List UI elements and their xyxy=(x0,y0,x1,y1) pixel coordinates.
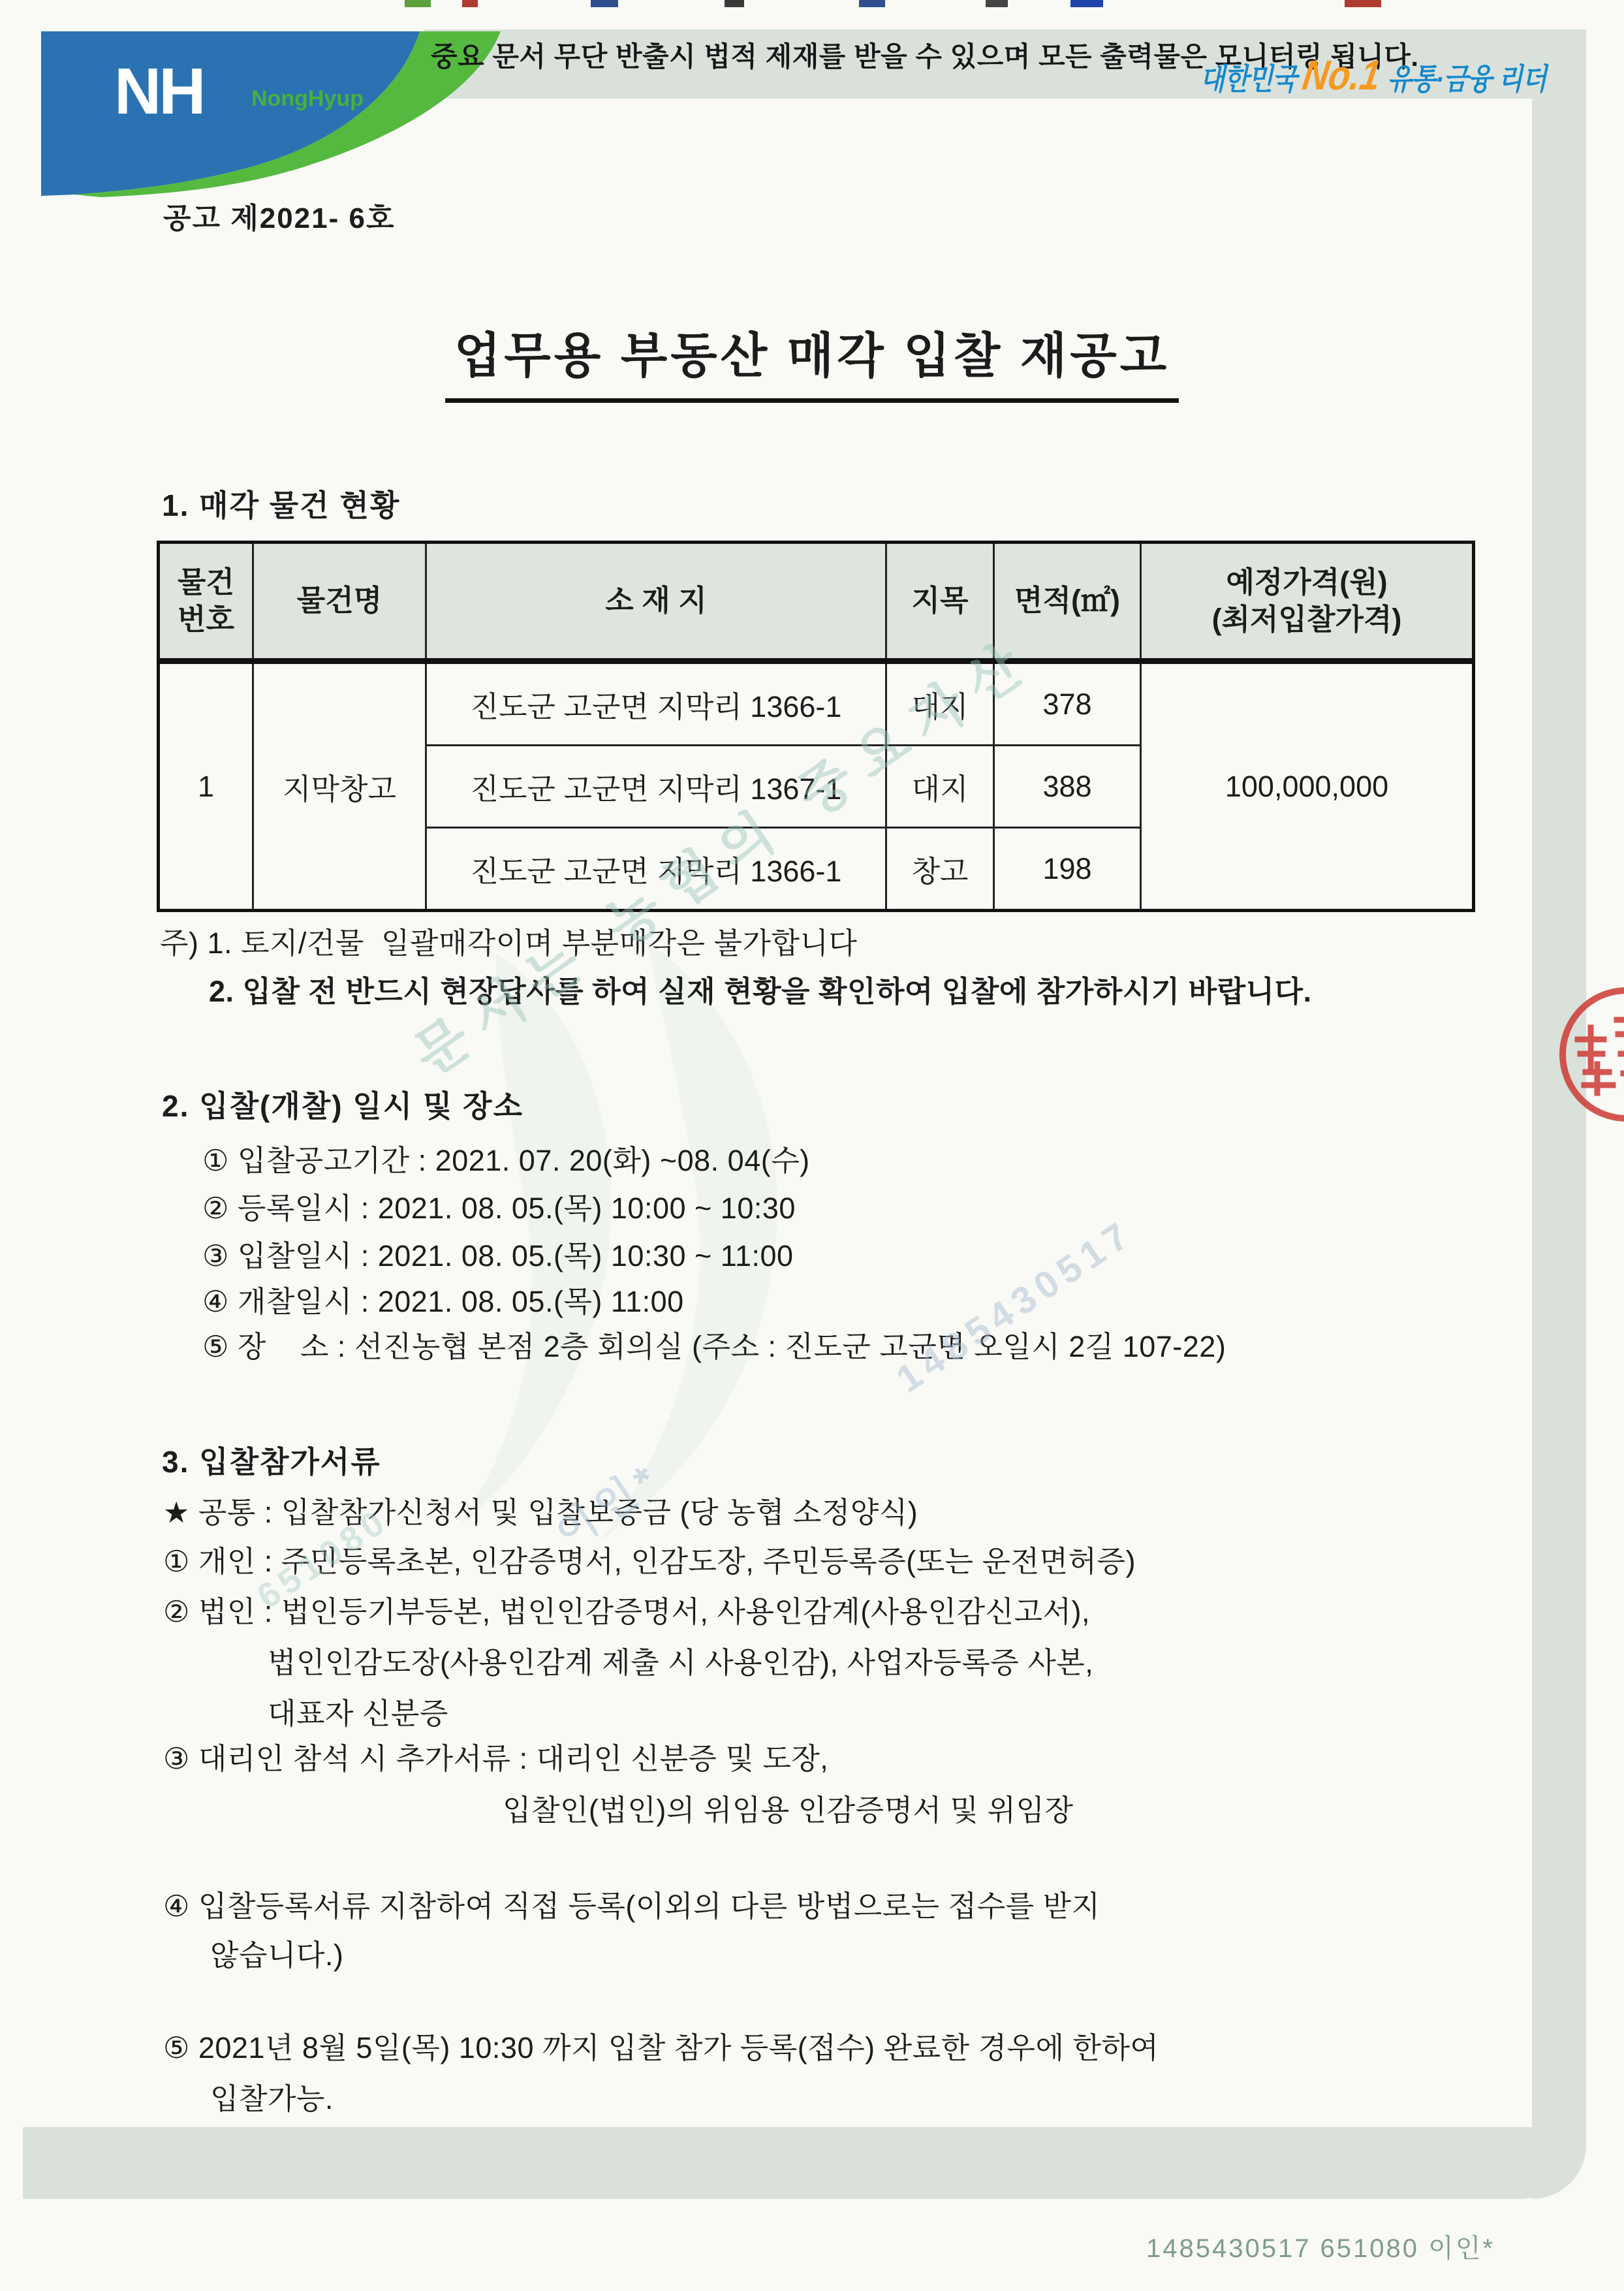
bid-document-line: ★ 공통 : 입찰참가신청서 및 입찰보증금 (당 농협 소정양식) xyxy=(163,1489,918,1531)
property-table: 물건 번호 물건명 소 재 지 지목 면적(㎡) 예정가격(원) (최저입찰가격… xyxy=(157,541,1475,912)
cell-category: 대지 xyxy=(886,661,994,746)
stamp-glyphs xyxy=(1566,994,1624,1115)
cell-category: 창고 xyxy=(886,828,994,911)
scan-artifact xyxy=(859,0,885,7)
col-header-address: 소 재 지 xyxy=(426,543,886,661)
bid-document-line: ① 개인 : 주민등록초본, 인감증명서, 인감도장, 주민등록증(또는 운전면… xyxy=(163,1538,1136,1580)
table-row: 1 지막창고 진도군 고군면 지막리 1366-1 대지 378 100,000… xyxy=(159,661,1474,746)
col-header-area: 면적(㎡) xyxy=(994,543,1141,661)
scan-artifact xyxy=(986,0,1008,7)
col-header-item-no: 물건 번호 xyxy=(159,543,253,661)
doc-number: 공고 제2021- 6호 xyxy=(163,195,395,236)
cell-area: 388 xyxy=(994,746,1141,828)
bid-document-line: ⑤ 2021년 8월 5일(목) 10:30 까지 입찰 참가 등록(접수) 완… xyxy=(163,2024,1159,2066)
bid-document-line: 법인인감도장(사용인감계 제출 시 사용인감), 사업자등록증 사본, xyxy=(268,1639,1093,1681)
page-frame-bottom-band xyxy=(23,2127,1586,2199)
nonghyup-logo-text: NongHyup xyxy=(251,86,364,111)
table-header-row: 물건 번호 물건명 소 재 지 지목 면적(㎡) 예정가격(원) (최저입찰가격… xyxy=(159,543,1474,661)
cell-item-name: 지막창고 xyxy=(253,661,426,911)
bid-document-line: ③ 대리인 참석 시 추가서류 : 대리인 신분증 및 도장, xyxy=(163,1735,828,1777)
bid-schedule-item: ⑤ 장 소 : 선진농협 본점 2층 회의실 (주소 : 진도군 고군면 오일시… xyxy=(202,1323,1226,1365)
bid-document-line: 대표자 신분증 xyxy=(268,1690,448,1732)
section3-heading: 3. 입찰참가서류 xyxy=(162,1438,381,1481)
bid-schedule-item: ② 등록일시 : 2021. 08. 05.(목) 10:00 ~ 10:30 xyxy=(202,1184,796,1227)
bid-document-line: 입찰가능. xyxy=(210,2075,334,2117)
diagonal-watermark: 1485430517 xyxy=(888,1210,1142,1401)
section2-heading: 2. 입찰(개찰) 일시 및 장소 xyxy=(162,1082,523,1126)
cell-area: 378 xyxy=(994,661,1141,746)
col-header-item-name: 물건명 xyxy=(253,543,426,661)
bid-schedule-item: ① 입찰공고기간 : 2021. 07. 20(화) ~08. 04(수) xyxy=(202,1137,810,1179)
table-note-1: 주) 1. 토지/건물 일괄매각이며 부분매각은 불가합니다 xyxy=(160,919,857,962)
scanned-document-page: NH NongHyup 중요 문서 무단 반출시 법적 제재를 받을 수 있으며… xyxy=(0,0,1624,2291)
cell-category: 대지 xyxy=(886,746,994,828)
bid-document-line: ② 법인 : 법인등기부등본, 법인인감증명서, 사용인감계(사용인감신고서), xyxy=(163,1588,1090,1630)
scan-artifact xyxy=(725,0,744,7)
scan-artifact xyxy=(405,0,431,7)
nh-logo-text: NH xyxy=(114,55,203,128)
section1-heading: 1. 매각 물건 현황 xyxy=(162,482,400,525)
cell-price: 100,000,000 xyxy=(1141,661,1474,911)
red-seal-stamp xyxy=(1559,987,1624,1122)
scan-artifact xyxy=(462,0,478,7)
slogan-prefix: 대한민국 xyxy=(1200,62,1297,96)
page-title: 업무용 부동산 매각 입찰 재공고 xyxy=(0,317,1624,403)
page-title-text: 업무용 부동산 매각 입찰 재공고 xyxy=(445,317,1179,403)
cell-address: 진도군 고군면 지막리 1366-1 xyxy=(426,828,886,911)
bid-document-line: 않습니다.) xyxy=(210,1931,343,1974)
col-header-price: 예정가격(원) (최저입찰가격) xyxy=(1141,543,1474,661)
slogan-no1: No.1 xyxy=(1300,51,1384,99)
bid-schedule-item: ④ 개찰일시 : 2021. 08. 05.(목) 11:00 xyxy=(202,1278,684,1320)
table-note-2: 2. 입찰 전 반드시 현장답사를 하여 실재 현황을 확인하여 입찰에 참가하… xyxy=(209,968,1312,1010)
cell-area: 198 xyxy=(994,828,1141,911)
cell-address: 진도군 고군면 지막리 1367-1 xyxy=(426,746,886,828)
scan-artifact xyxy=(1070,0,1103,7)
bid-schedule-item: ③ 입찰일시 : 2021. 08. 05.(목) 10:30 ~ 11:00 xyxy=(202,1232,794,1274)
footer-code: 1485430517 651080 이인* xyxy=(1146,2228,1495,2265)
cell-address: 진도군 고군면 지막리 1366-1 xyxy=(426,661,886,746)
bid-document-line: 입찰인(법인)의 위임용 인감증명서 및 위임장 xyxy=(503,1786,1073,1829)
slogan-suffix: 유통·금융 리더 xyxy=(1387,62,1546,96)
scan-artifact xyxy=(591,0,618,7)
scan-artifact xyxy=(1345,0,1381,7)
col-header-category: 지목 xyxy=(886,543,994,661)
cell-item-no: 1 xyxy=(159,661,253,911)
nh-slogan: 대한민국 No.1 유통·금융 리더 xyxy=(1200,51,1528,99)
bid-document-line: ④ 입찰등록서류 지참하여 직접 등록(이외의 다른 방법으로는 접수를 받지 xyxy=(163,1882,1100,1925)
